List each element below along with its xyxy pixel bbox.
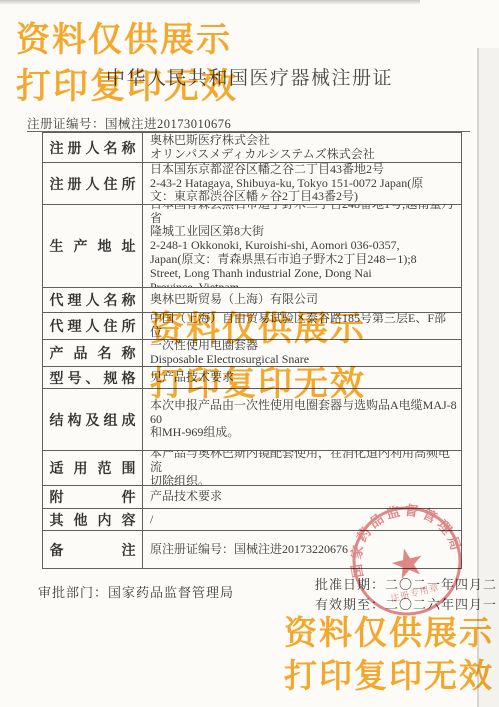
certificate-number: 注册证编号：国械注进20173010676	[27, 114, 231, 132]
watermark-bottom-line2: 打印复印无效	[284, 650, 494, 697]
certificate-page: 中华人民共和国医疗器械注册证 注册证编号：国械注进20173010676 注册人…	[0, 0, 499, 707]
table-row-production-address: 生产地址 日本国青森县黑石市追子野木二丁目248番地1号;越南董乃省 隆城工业园…	[43, 205, 461, 288]
row-label: 注册人名称	[50, 138, 136, 158]
watermark-middle-line1: 资料仅供展示	[150, 301, 366, 350]
row-label: 型号、规格	[50, 368, 136, 388]
table-row-registrant-name: 注册人名称 奥林巴斯医疗株式会社 オリンパスメディカルシステムズ株式会社	[43, 133, 461, 163]
watermark-bottom-line1: 资料仅供展示	[284, 607, 494, 654]
row-label: 产品名称	[50, 343, 136, 363]
watermark-middle-line2: 打印复印无效	[150, 356, 366, 405]
row-label: 其他内容	[50, 510, 136, 530]
row-label: 结构及组成	[50, 410, 136, 430]
watermark-top-line2: 打印复印无效	[16, 59, 238, 109]
row-label: 附件	[50, 487, 136, 507]
table-row-registrant-address: 注册人住所 日本国东京都涩谷区幡之谷二丁目43番地2号 2-43-2 Hatag…	[43, 163, 461, 205]
approval-department: 审批部门：国家药品监督管理局	[38, 582, 234, 601]
row-value: 奥林巴斯医疗株式会社 オリンパスメディカルシステムズ株式会社	[150, 134, 375, 162]
row-label: 备注	[50, 540, 136, 560]
row-value: 日本国青森县黑石市追子野木二丁目248番地1号;越南董乃省 隆城工业园区第8大街…	[150, 205, 457, 287]
row-value: /	[150, 513, 153, 527]
row-label: 代理人住所	[50, 316, 136, 336]
row-value: 产品技术要求	[150, 490, 222, 504]
scan-shadow-top	[0, 0, 420, 5]
row-value: 本次申报产品由一次性使用电圈套器与选购品A电缆MAJ-860 和MH-969组成…	[150, 399, 457, 440]
row-value: 原注册证编号：国械注进20173220676	[150, 543, 348, 557]
watermark-top-line1: 资料仅供展示	[16, 12, 232, 61]
row-value: 日本国东京都涩谷区幡之谷二丁目43番地2号 2-43-2 Hatagaya, S…	[150, 163, 423, 204]
row-value: 本产品与奥林巴斯内镜配套使用，在消化道内利用高频电流 切除组织。	[150, 451, 457, 485]
row-label: 适用范围	[50, 458, 136, 478]
row-label: 注册人住所	[50, 174, 136, 194]
table-row-scope: 适用范围 本产品与奥林巴斯内镜配套使用，在消化道内利用高频电流 切除组织。	[43, 451, 461, 486]
star-icon: ★	[385, 537, 431, 589]
row-label: 代理人名称	[50, 290, 136, 310]
row-label: 生产地址	[50, 236, 136, 256]
